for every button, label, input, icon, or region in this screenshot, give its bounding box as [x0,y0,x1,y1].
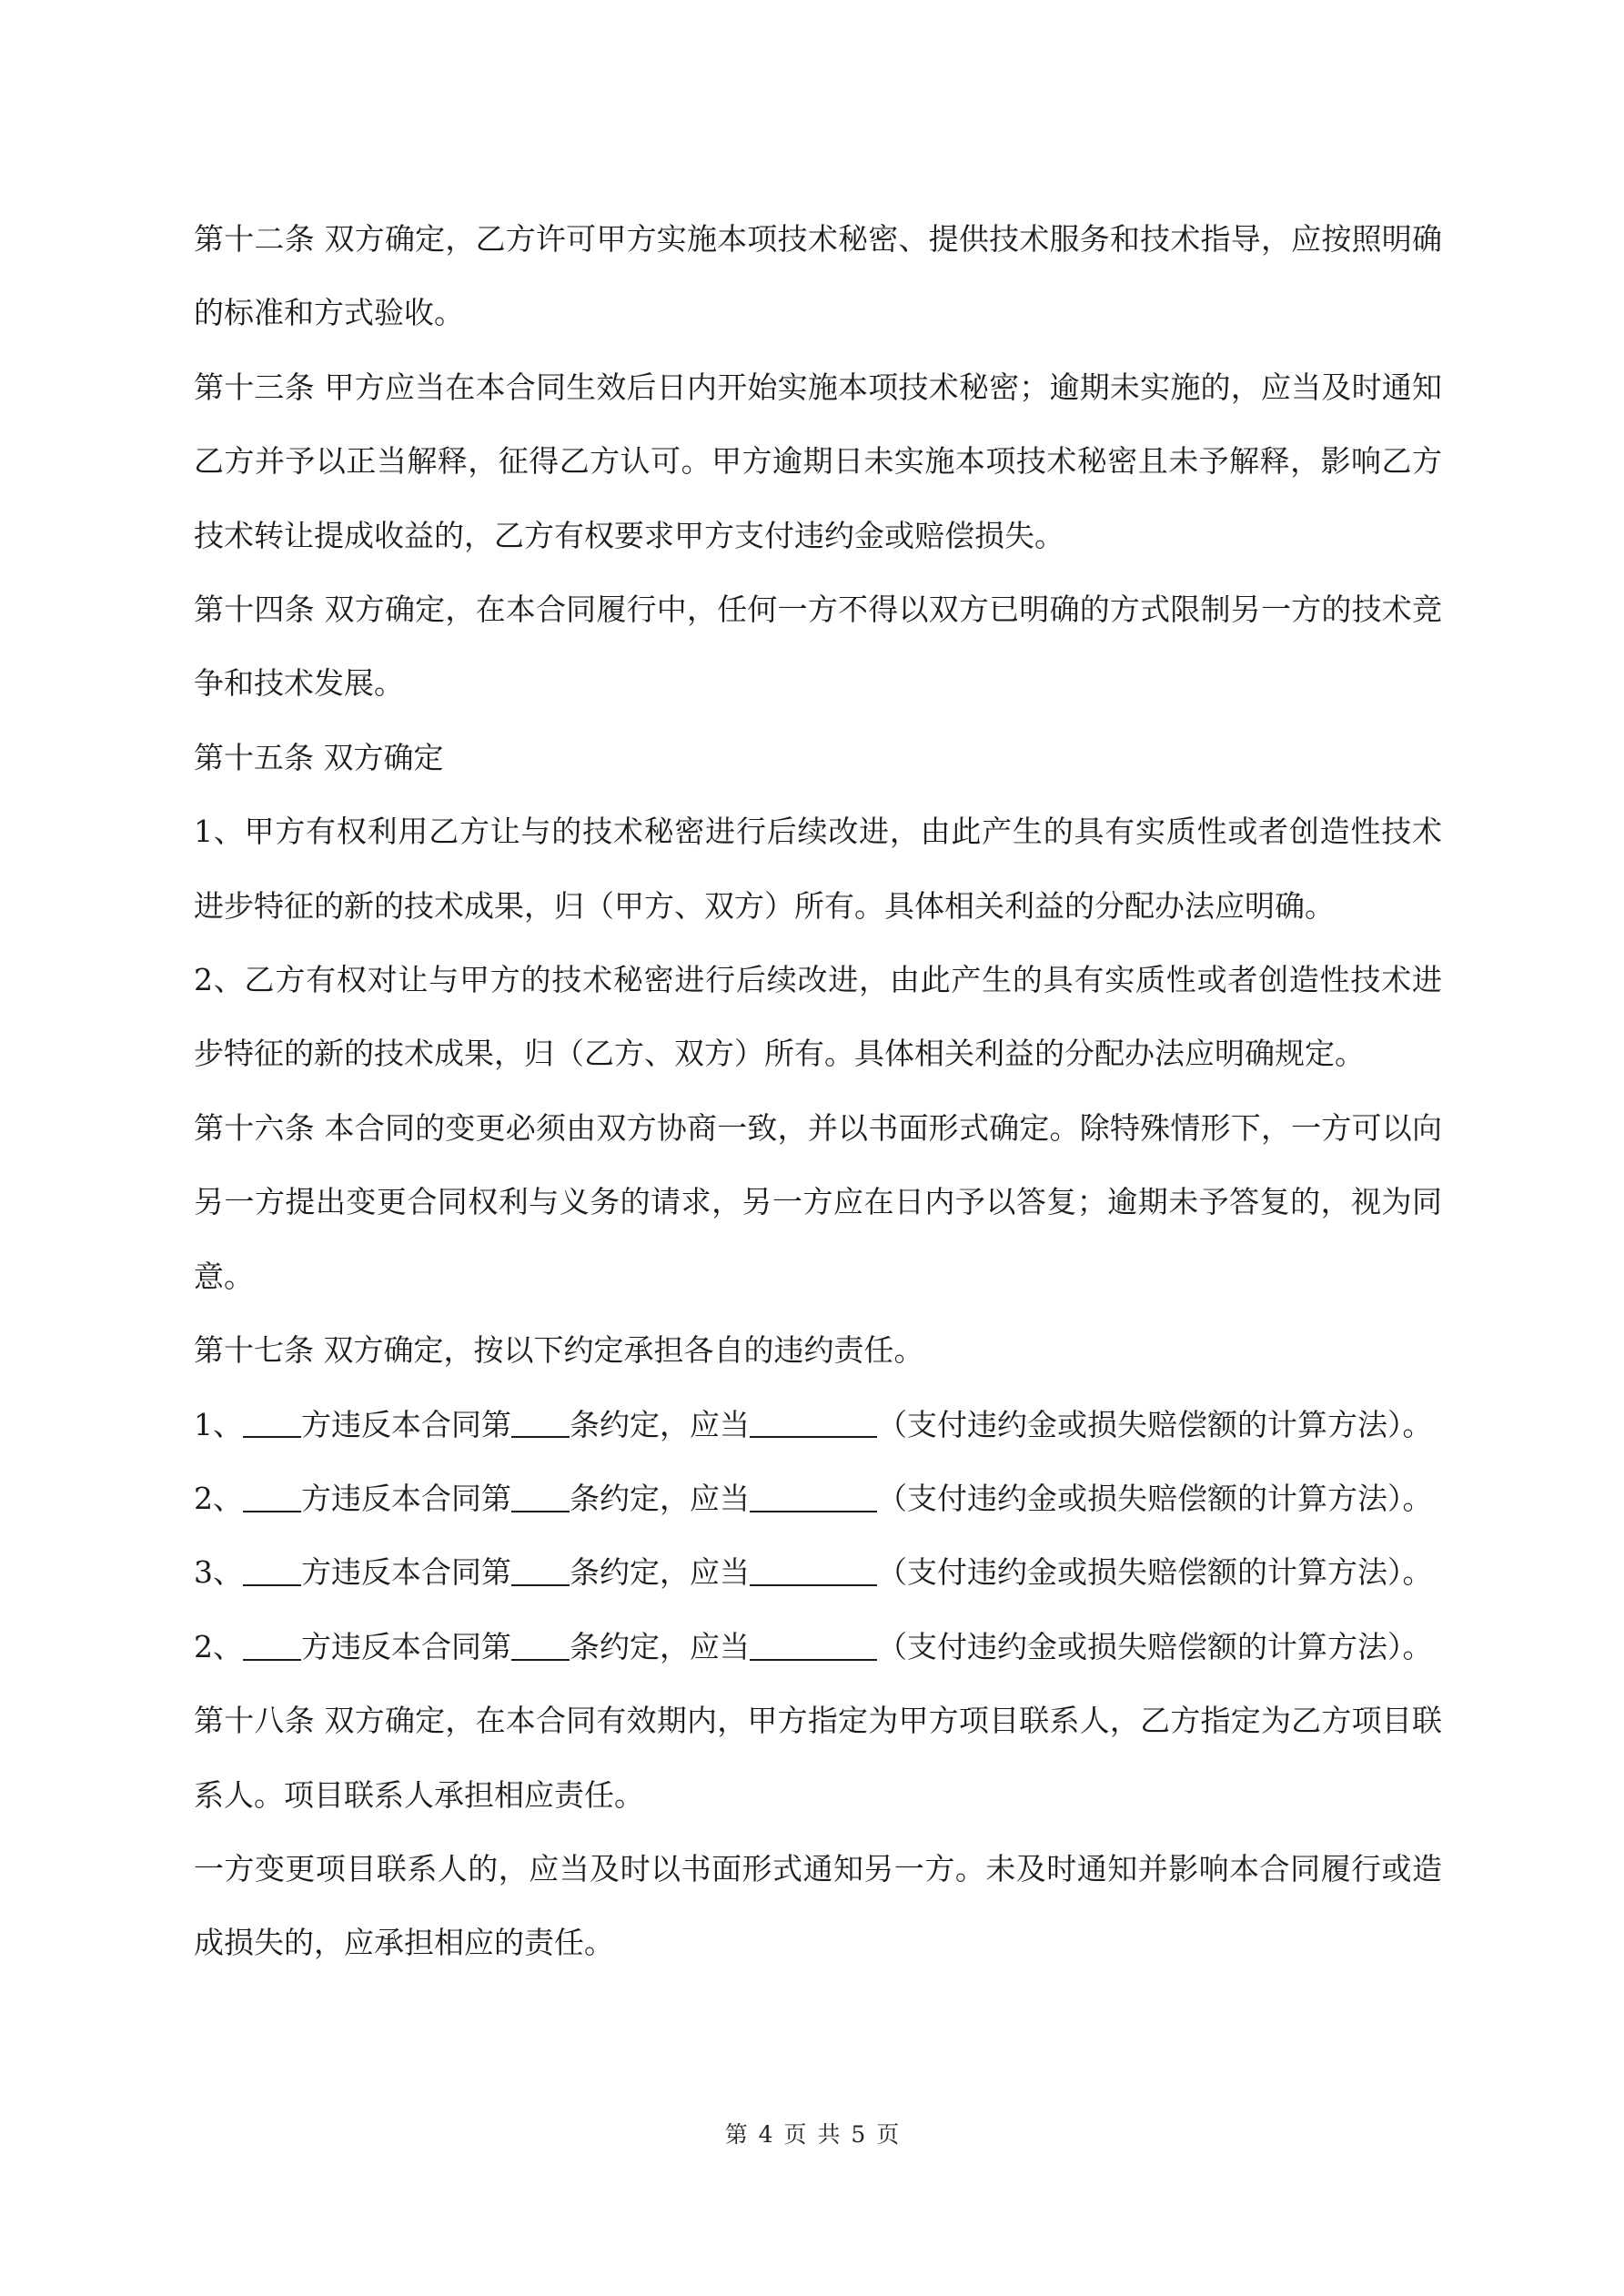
breach-clause: 2、方违反本合同第条约定，应当（支付违约金或损失赔偿额的计算方法）。 [194,1610,1442,1684]
clause-text: 条约定，应当 [570,1481,750,1516]
clause-number: 2、 [194,1481,243,1516]
article-12: 第十二条 双方确定，乙方许可甲方实施本项技术秘密、提供技术服务和技术指导，应按照… [194,202,1442,350]
clause-text: 方违反本合同第 [301,1481,511,1516]
document-body: 第十二条 双方确定，乙方许可甲方实施本项技术秘密、提供技术服务和技术指导，应按照… [194,202,1442,1980]
party-blank [243,1406,301,1438]
clause-number: 3、 [194,1554,243,1590]
article-18: 第十八条 双方确定，在本合同有效期内，甲方指定为甲方项目联系人，乙方指定为乙方项… [194,1684,1442,1832]
clause-text: （支付违约金或损失赔偿额的计算方法）。 [877,1554,1433,1590]
article-number-blank [511,1481,570,1512]
breach-clause: 2、方违反本合同第条约定，应当（支付违约金或损失赔偿额的计算方法）。 [194,1462,1442,1535]
clause-number: 2、 [194,1629,243,1664]
clause-text: 方违反本合同第 [301,1554,511,1590]
clause-text: 方违反本合同第 [301,1407,511,1442]
article-15-item-2: 2、乙方有权对让与甲方的技术秘密进行后续改进，由此产生的具有实质性或者创造性技术… [194,943,1442,1091]
article-number-blank [511,1554,570,1586]
remedy-blank [750,1406,877,1438]
article-13: 第十三条 甲方应当在本合同生效后日内开始实施本项技术秘密；逾期未实施的，应当及时… [194,350,1442,572]
party-blank [243,1629,301,1661]
article-17-heading: 第十七条 双方确定，按以下约定承担各自的违约责任。 [194,1313,1442,1387]
contact-change-clause: 一方变更项目联系人的，应当及时以书面形式通知另一方。未及时通知并影响本合同履行或… [194,1832,1442,1980]
article-number-blank [511,1406,570,1438]
article-16: 第十六条 本合同的变更必须由双方协商一致，并以书面形式确定。除特殊情形下，一方可… [194,1091,1442,1313]
remedy-blank [750,1481,877,1512]
article-number-blank [511,1629,570,1661]
breach-clause: 3、方违反本合同第条约定，应当（支付违约金或损失赔偿额的计算方法）。 [194,1535,1442,1609]
clause-text: （支付违约金或损失赔偿额的计算方法）。 [877,1407,1433,1442]
document-page: 第十二条 双方确定，乙方许可甲方实施本项技术秘密、提供技术服务和技术指导，应按照… [0,0,1624,2296]
breach-clause: 1、方违反本合同第条约定，应当（支付违约金或损失赔偿额的计算方法）。 [194,1388,1442,1462]
clause-text: （支付违约金或损失赔偿额的计算方法）。 [877,1629,1433,1664]
clause-text: （支付违约金或损失赔偿额的计算方法）。 [877,1481,1433,1516]
article-15-item-1: 1、甲方有权利用乙方让与的技术秘密进行后续改进，由此产生的具有实质性或者创造性技… [194,794,1442,943]
remedy-blank [750,1554,877,1586]
clause-text: 条约定，应当 [570,1629,750,1664]
party-blank [243,1481,301,1512]
remedy-blank [750,1629,877,1661]
clause-text: 条约定，应当 [570,1554,750,1590]
party-blank [243,1554,301,1586]
article-14: 第十四条 双方确定，在本合同履行中，任何一方不得以双方已明确的方式限制另一方的技… [194,572,1442,721]
clause-text: 方违反本合同第 [301,1629,511,1664]
clause-number: 1、 [194,1407,243,1442]
clause-text: 条约定，应当 [570,1407,750,1442]
page-number-footer: 第 4 页 共 5 页 [0,2117,1624,2149]
article-15-heading: 第十五条 双方确定 [194,721,1442,794]
